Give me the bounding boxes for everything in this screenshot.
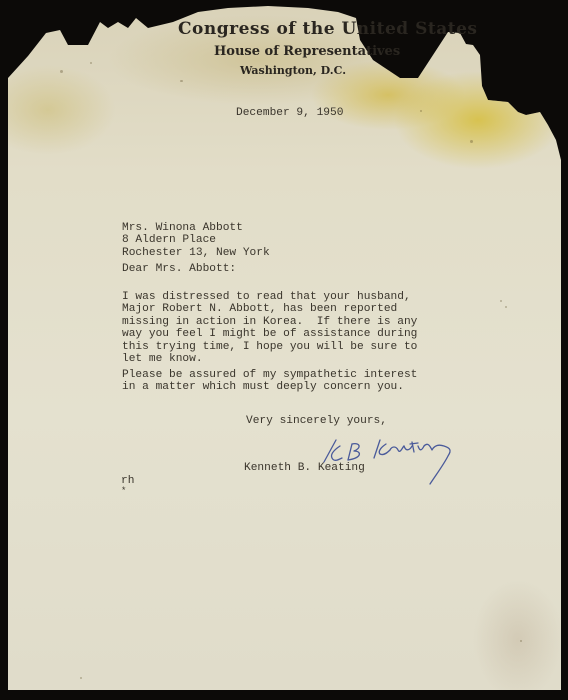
foxing-spot xyxy=(60,70,63,73)
handwritten-signature xyxy=(318,432,478,488)
closing: Very sincerely yours, xyxy=(246,415,387,427)
body-line: missing in action in Korea. If there is … xyxy=(122,316,417,328)
foxing-spot xyxy=(520,640,522,642)
address-line: Mrs. Winona Abbott xyxy=(122,222,270,234)
letterhead-congress: Congress of the United States xyxy=(178,19,477,39)
document-scan: Congress of the United States House of R… xyxy=(0,0,568,700)
salutation: Dear Mrs. Abbott: xyxy=(122,263,236,275)
body-line: this trying time, I hope you will be sur… xyxy=(122,341,417,353)
asterisk-mark: * xyxy=(121,485,126,497)
foxing-spot xyxy=(505,306,507,308)
address-line: 8 Aldern Place xyxy=(122,234,270,246)
foxing-spot xyxy=(420,110,422,112)
foxing-spot xyxy=(470,140,473,143)
letterhead-house: House of Representatives xyxy=(214,44,400,59)
typed-signatory-name: Kenneth B. Keating xyxy=(244,462,365,474)
letterhead-city: Washington, D.C. xyxy=(240,64,346,77)
body-paragraph-2: Please be assured of my sympathetic inte… xyxy=(122,369,417,394)
body-line: I was distressed to read that your husba… xyxy=(122,291,417,303)
foxing-spot xyxy=(80,677,82,679)
body-line: in a matter which must deeply concern yo… xyxy=(122,381,417,393)
body-line: way you feel I might be of assistance du… xyxy=(122,328,417,340)
address-line: Rochester 13, New York xyxy=(122,247,270,259)
body-line: let me know. xyxy=(122,353,417,365)
foxing-spot xyxy=(90,62,92,64)
letter-date: December 9, 1950 xyxy=(236,107,343,119)
body-paragraph-1: I was distressed to read that your husba… xyxy=(122,291,417,365)
body-line: Please be assured of my sympathetic inte… xyxy=(122,369,417,381)
body-line: Major Robert N. Abbott, has been reporte… xyxy=(122,303,417,315)
recipient-address: Mrs. Winona Abbott8 Aldern PlaceRocheste… xyxy=(122,222,270,259)
foxing-spot xyxy=(180,80,183,82)
foxing-spot xyxy=(500,300,502,302)
